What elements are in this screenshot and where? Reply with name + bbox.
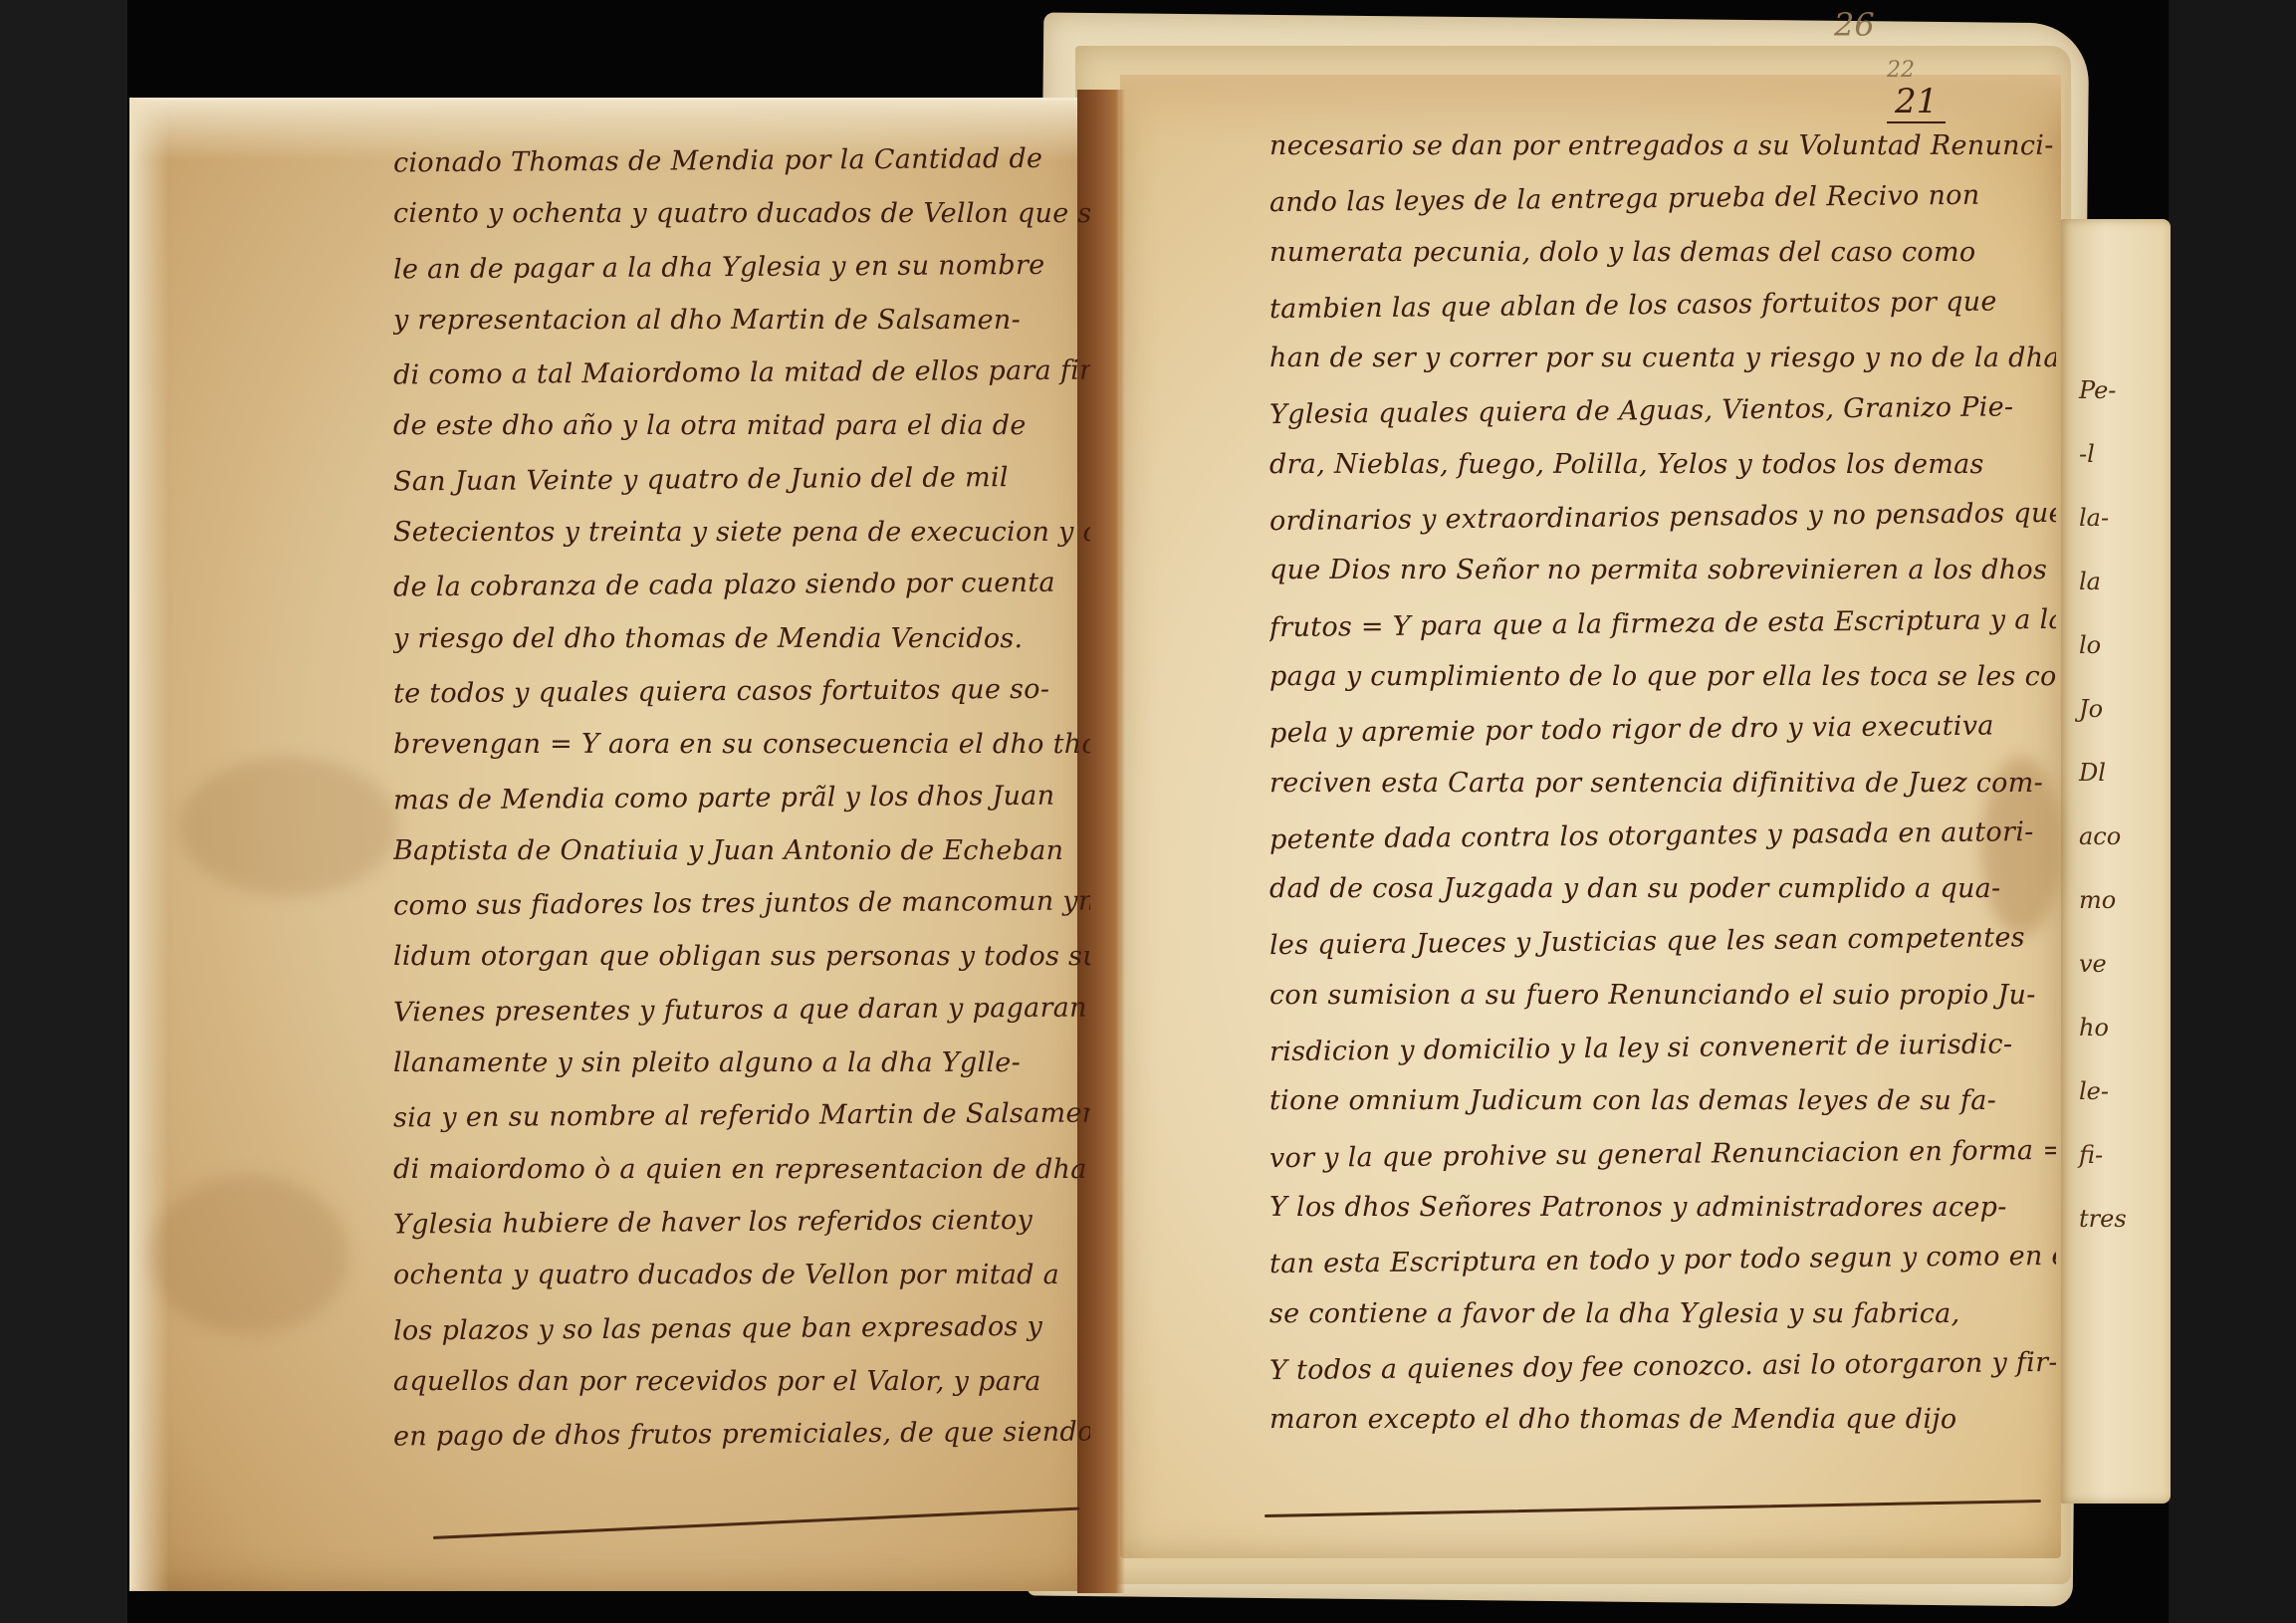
manuscript-line: necesario se dan por entregados a su Vol… — [1269, 119, 2056, 172]
manuscript-line: como sus fiadores los tres juntos de man… — [393, 875, 1090, 933]
manuscript-line: dra, Nieblas, fuego, Polilla, Yelos y to… — [1269, 438, 2056, 491]
fragment-text: mo — [2079, 868, 2169, 932]
manuscript-line: Baptista de Onatiuia y Juan Antonio de E… — [393, 824, 1090, 877]
manuscript-line: dad de cosa Juzgada y dan su poder cumpl… — [1269, 862, 2056, 915]
manuscript-line: ciento y ochenta y quatro ducados de Vel… — [393, 187, 1090, 240]
manuscript-line: tambien las que ablan de los casos fortu… — [1269, 275, 2057, 337]
water-stain — [149, 1175, 348, 1334]
manuscript-line: brevengan = Y aora en su consecuencia el… — [393, 718, 1090, 771]
manuscript-line: han de ser y correr por su cuenta y ries… — [1269, 332, 2056, 384]
fragment-text: la — [2079, 550, 2169, 613]
folio-number-faint-under: 22 — [1887, 58, 1915, 83]
fragment-text: la- — [2079, 486, 2169, 550]
scan-border-right — [2169, 0, 2296, 1623]
manuscript-line: ordinarios y extraordinarios pensados y … — [1269, 487, 2057, 549]
manuscript-line: vor y la que prohive su general Renuncia… — [1269, 1124, 2057, 1186]
manuscript-line: se contiene a favor de la dha Yglesia y … — [1269, 1287, 2056, 1340]
fragment-text: ve — [2079, 932, 2169, 996]
fragment-text: lo — [2079, 613, 2169, 677]
manuscript-line: sia y en su nombre al referido Martin de… — [393, 1087, 1090, 1145]
manuscript-line: cionado Thomas de Mendia por la Cantidad… — [393, 132, 1090, 190]
manuscript-line: tan esta Escriptura en todo y por todo s… — [1269, 1230, 2057, 1291]
manuscript-line: con sumision a su fuero Renunciando el s… — [1269, 969, 2056, 1022]
manuscript-line: y riesgo del dho thomas de Mendia Vencid… — [393, 612, 1090, 665]
manuscript-line: lidum otorgan que obligan sus personas y… — [393, 930, 1090, 983]
folio-number-faint: 26 — [1834, 6, 1875, 44]
scan-border-left — [0, 0, 127, 1623]
manuscript-line: ochenta y quatro ducados de Vellon por m… — [393, 1249, 1090, 1301]
manuscript-line: de la cobranza de cada plazo siendo por … — [393, 557, 1090, 614]
manuscript-line: te todos y quales quiera casos fortuitos… — [393, 663, 1090, 721]
manuscript-line: reciven esta Carta por sentencia difinit… — [1269, 757, 2056, 810]
manuscript-line: risdicion y domicilio y la ley si conven… — [1269, 1018, 2057, 1079]
fragment-text: -l — [2079, 422, 2169, 486]
manuscript-line: San Juan Veinte y quatro de Junio del de… — [393, 450, 1090, 508]
manuscript-line: llanamente y sin pleito alguno a la dha … — [393, 1037, 1090, 1089]
left-page-text: cionado Thomas de Mendia por la Cantidad… — [393, 134, 1090, 1461]
manuscript-line: le an de pagar a la dha Yglesia y en su … — [393, 238, 1090, 296]
manuscript-line: petente dada contra los otorgantes y pas… — [1269, 806, 2057, 867]
manuscript-line: Setecientos y treinta y siete pena de ex… — [393, 506, 1090, 559]
fragment-text: ho — [2079, 996, 2169, 1059]
manuscript-line: los plazos y so las penas que ban expres… — [393, 1299, 1090, 1357]
edge-fragment-text: Pe- -l la- la lo Jo Dl aco mo ve ho le- … — [2079, 358, 2169, 1251]
fragment-text: Dl — [2079, 741, 2169, 805]
water-stain — [179, 757, 398, 896]
fragment-text: tres — [2079, 1187, 2169, 1251]
manuscript-line: frutos = Y para que a la firmeza de esta… — [1269, 593, 2057, 655]
manuscript-line: Vienes presentes y futuros a que daran y… — [393, 981, 1090, 1039]
manuscript-line: paga y cumplimiento de lo que por ella l… — [1269, 650, 2056, 703]
manuscript-line: y representacion al dho Martin de Salsam… — [393, 294, 1090, 347]
manuscript-line: en pago de dhos frutos premiciales, de q… — [393, 1406, 1090, 1464]
manuscript-line: numerata pecunia, dolo y las demas del c… — [1269, 226, 2056, 279]
manuscript-line: di maiordomo ò a quien en representacion… — [393, 1143, 1090, 1196]
manuscript-line: mas de Mendia como parte prãl y los dhos… — [393, 769, 1090, 826]
manuscript-line: tione omnium Judicum con las demas leyes… — [1269, 1074, 2056, 1127]
manuscript-line: pela y apremie por todo rigor de dro y v… — [1269, 699, 2057, 761]
fragment-text: Jo — [2079, 677, 2169, 741]
manuscript-line: Y todos a quienes doy fee conozco. asi l… — [1269, 1336, 2057, 1398]
manuscript-line: di como a tal Maiordomo la mitad de ello… — [393, 345, 1090, 402]
manuscript-line: Yglesia quales quiera de Aguas, Vientos,… — [1269, 380, 2057, 442]
right-page-text: necesario se dan por entregados a su Vol… — [1269, 119, 2056, 1446]
manuscript-line: ando las leyes de la entrega prueba del … — [1269, 168, 2057, 230]
manuscript-line: aquellos dan por recevidos por el Valor,… — [393, 1355, 1090, 1408]
manuscript-line: que Dios nro Señor no permita sobrevinie… — [1269, 544, 2056, 596]
manuscript-line: Y los dhos Señores Patronos y administra… — [1269, 1181, 2056, 1234]
manuscript-line: de este dho año y la otra mitad para el … — [393, 399, 1090, 452]
fragment-text: le- — [2079, 1059, 2169, 1123]
folio-number: 21 — [1887, 82, 1946, 123]
manuscript-line: maron excepto el dho thomas de Mendia qu… — [1269, 1393, 2056, 1446]
fragment-text: Pe- — [2079, 358, 2169, 422]
fragment-text: aco — [2079, 805, 2169, 868]
manuscript-line: Yglesia hubiere de haver los referidos c… — [393, 1193, 1090, 1251]
fragment-text: fi- — [2079, 1123, 2169, 1187]
manuscript-line: les quiera Jueces y Justicias que les se… — [1269, 911, 2057, 973]
